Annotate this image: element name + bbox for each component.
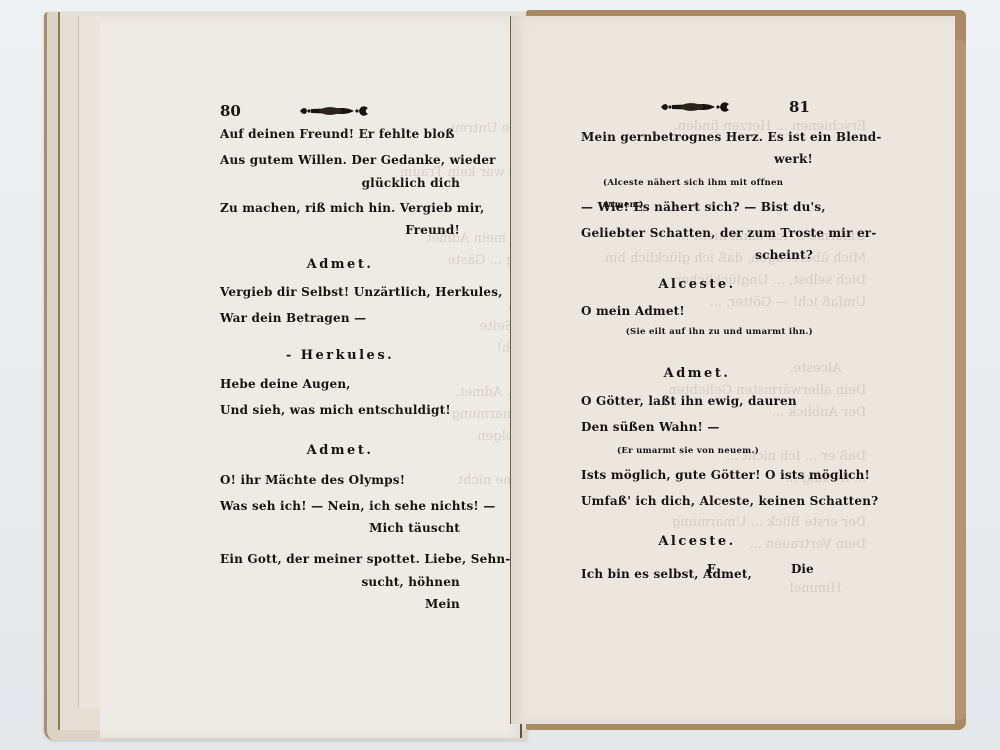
verse-line: Aus gutem Willen. Der Gedanke, wieder (220, 147, 460, 173)
left-page-number: 80 (220, 102, 241, 120)
right-page-text: Mein gernbetrognes Herz. Es ist ein Blen… (581, 124, 813, 586)
verse-line: Auf deinen Freund! Er fehlte bloß (220, 121, 460, 147)
speaker-heading: - Herkules. (220, 331, 460, 371)
speaker-heading: Admet. (581, 346, 813, 388)
left-page-text: Auf deinen Freund! Er fehlte bloß Aus gu… (220, 121, 460, 615)
verse-line: Umfaß' ich dich, Alceste, keinen Schatte… (581, 488, 813, 514)
verse-line: Und sieh, was mich entschuldigt! (220, 397, 460, 423)
speaker-heading: Admet. (220, 243, 460, 279)
verse-line: scheint? (581, 246, 813, 268)
catchword: Mein (220, 593, 460, 615)
verse-line: Mein gernbetrognes Herz. Es ist ein Blen… (581, 124, 813, 150)
verse-line: Vergieb dir Selbst! Unzärtlich, Herkules… (220, 279, 460, 305)
verse-line: Was seh ich! — Nein, ich sehe nichts! — (220, 493, 460, 519)
verse-line: — Wie! Es nähert sich? — Bist du's, (581, 194, 813, 220)
verse-line: Mich täuscht (220, 519, 460, 541)
stage-direction: (Alceste nähert sich ihm mit offnen Arme… (581, 172, 813, 194)
verse-line: Geliebter Schatten, der zum Troste mir e… (581, 220, 813, 246)
stage-direction: (Er umarmt sie von neuem.) (581, 440, 813, 462)
verse-line: O! ihr Mächte des Olymps! (220, 467, 460, 493)
verse-line: O mein Admet! (581, 298, 813, 324)
stage-direction: (Sie eilt auf ihn zu und umarmt ihn.) (581, 324, 813, 346)
right-page-number: 81 (789, 98, 810, 116)
verse-line: Ich bin es selbst, Admet, (581, 556, 813, 586)
verse-line: Ists möglich, gute Götter! O ists möglic… (581, 462, 813, 488)
speaker-heading: Alceste. (581, 268, 813, 298)
right-page-header: 81 (789, 92, 810, 122)
catchword: Die (791, 562, 814, 576)
verse-line: O Götter, laßt ihn ewig, dauren (581, 388, 813, 414)
right-page[interactable]: Erschienen ... Herzen finden. Umarme ...… (510, 16, 955, 724)
verse-line: Ein Gott, der meiner spottet. Liebe, Seh… (220, 541, 460, 573)
fleuron-ornament-icon (659, 100, 731, 114)
left-page[interactable]: Dies wäre die Untreu ... Freund ... es w… (100, 18, 522, 738)
verse-line: Hebe deine Augen, (220, 371, 460, 397)
signature-mark: F (707, 562, 716, 576)
verse-line: Freund! (220, 221, 460, 243)
verse-line: Den süßen Wahn! — (581, 414, 813, 440)
speaker-heading: Alceste. (581, 514, 813, 556)
verse-line: War dein Betragen — (220, 305, 460, 331)
verse-line: werk! (581, 150, 813, 172)
verse-line: Zu machen, riß mich hin. Vergieb mir, (220, 195, 460, 221)
fleuron-ornament-icon (298, 104, 370, 118)
verse-line: glücklich dich (220, 173, 460, 195)
speaker-heading: Admet. (220, 423, 460, 467)
verse-line: sucht, höhnen (220, 573, 460, 593)
